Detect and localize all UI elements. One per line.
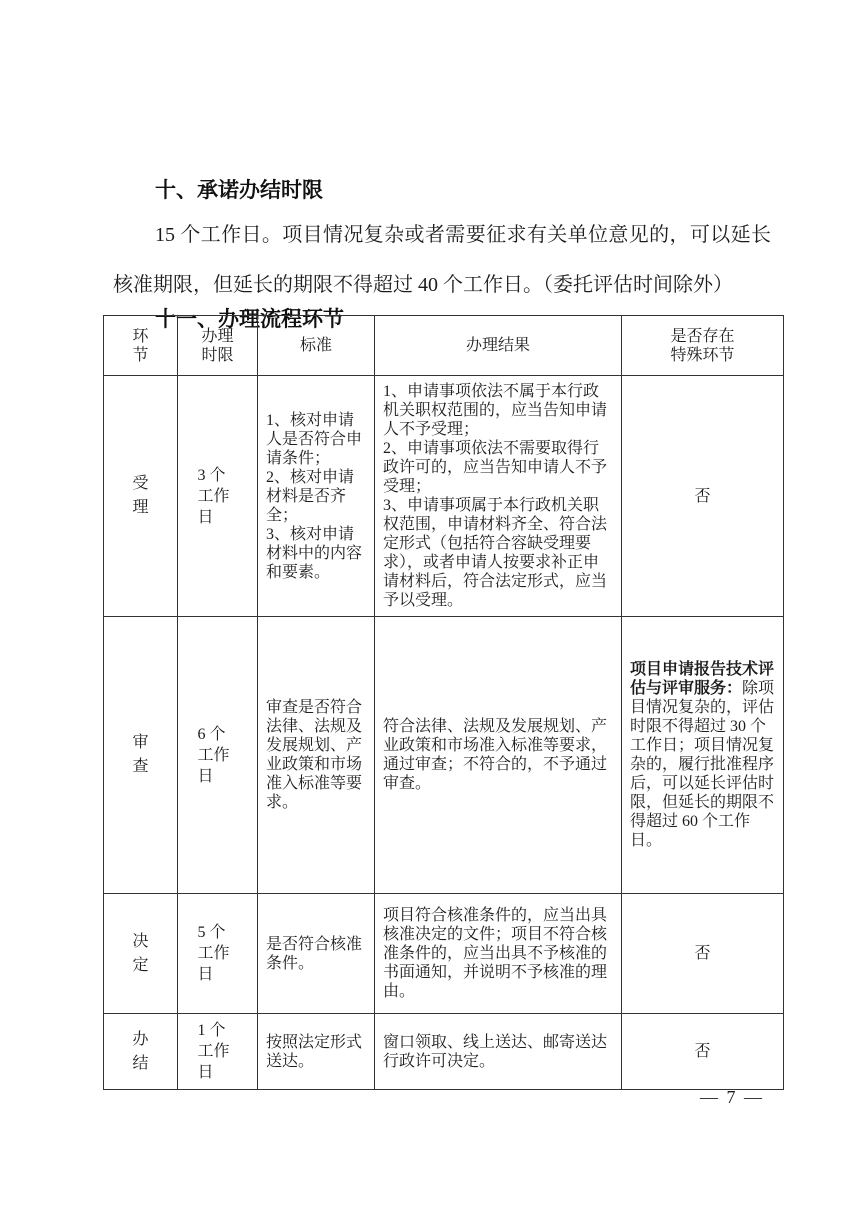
table-header-row: 环节 办理时限 标准 办理结果 是否存在特殊环节 bbox=[104, 316, 784, 376]
step-standard: 按照法定形式送达。 bbox=[258, 1014, 375, 1090]
page-number: — 7 — bbox=[700, 1087, 764, 1108]
step-name: 办结 bbox=[104, 1014, 178, 1090]
step-result: 窗口领取、线上送达、邮寄送达行政许可决定。 bbox=[375, 1014, 622, 1090]
table-row-review: 审查 6 个工作日 审查是否符合法律、法规及发展规划、产业政策和市场准入标准等要… bbox=[104, 617, 784, 894]
step-special: 否 bbox=[622, 376, 784, 617]
step-special: 否 bbox=[622, 894, 784, 1014]
special-service-text: 除项目情况复杂的，评估时限不得超过 30 个工作日；项目情况复杂的，履行批准程序… bbox=[630, 680, 774, 849]
step-time-limit: 3 个工作日 bbox=[178, 376, 258, 617]
step-result: 1、申请事项依法不属于本行政机关职权范围的，应当告知申请人不予受理； 2、申请事… bbox=[375, 376, 622, 617]
header-step: 环节 bbox=[104, 316, 178, 376]
step-time-limit: 1 个工作日 bbox=[178, 1014, 258, 1090]
step-standard: 1、核对申请人是否符合申请条件； 2、核对申请材料是否齐全； 3、核对申请材料中… bbox=[258, 376, 375, 617]
step-result: 符合法律、法规及发展规划、产业政策和市场准入标准等要求，通过审查；不符合的，不予… bbox=[375, 617, 622, 894]
step-special: 否 bbox=[622, 1014, 784, 1090]
step-result: 项目符合核准条件的，应当出具核准决定的文件；项目不符合核准条件的，应当出具不予核… bbox=[375, 894, 622, 1014]
step-special: 项目申请报告技术评估与评审服务：除项目情况复杂的，评估时限不得超过 30 个工作… bbox=[622, 617, 784, 894]
table-row-completion: 办结 1 个工作日 按照法定形式送达。 窗口领取、线上送达、邮寄送达行政许可决定… bbox=[104, 1014, 784, 1090]
header-time: 办理时限 bbox=[178, 316, 258, 376]
header-special: 是否存在特殊环节 bbox=[622, 316, 784, 376]
step-name: 决定 bbox=[104, 894, 178, 1014]
header-result: 办理结果 bbox=[375, 316, 622, 376]
section-10-paragraph: 15 个工作日。项目情况复杂或者需要征求有关单位意见的，可以延长核准期限，但延长… bbox=[113, 210, 771, 310]
step-standard: 审查是否符合法律、法规及发展规划、产业政策和市场准入标准等要求。 bbox=[258, 617, 375, 894]
step-standard: 是否符合核准条件。 bbox=[258, 894, 375, 1014]
section-10-heading: 十、承诺办结时限 bbox=[155, 174, 323, 204]
table-row-decision: 决定 5 个工作日 是否符合核准条件。 项目符合核准条件的，应当出具核准决定的文… bbox=[104, 894, 784, 1014]
process-flow-table: 环节 办理时限 标准 办理结果 是否存在特殊环节 受理 3 个工作日 1、核对申… bbox=[103, 315, 784, 1090]
step-name: 受理 bbox=[104, 376, 178, 617]
header-standard: 标准 bbox=[258, 316, 375, 376]
step-name: 审查 bbox=[104, 617, 178, 894]
step-time-limit: 5 个工作日 bbox=[178, 894, 258, 1014]
step-time-limit: 6 个工作日 bbox=[178, 617, 258, 894]
table-row-acceptance: 受理 3 个工作日 1、核对申请人是否符合申请条件； 2、核对申请材料是否齐全；… bbox=[104, 376, 784, 617]
